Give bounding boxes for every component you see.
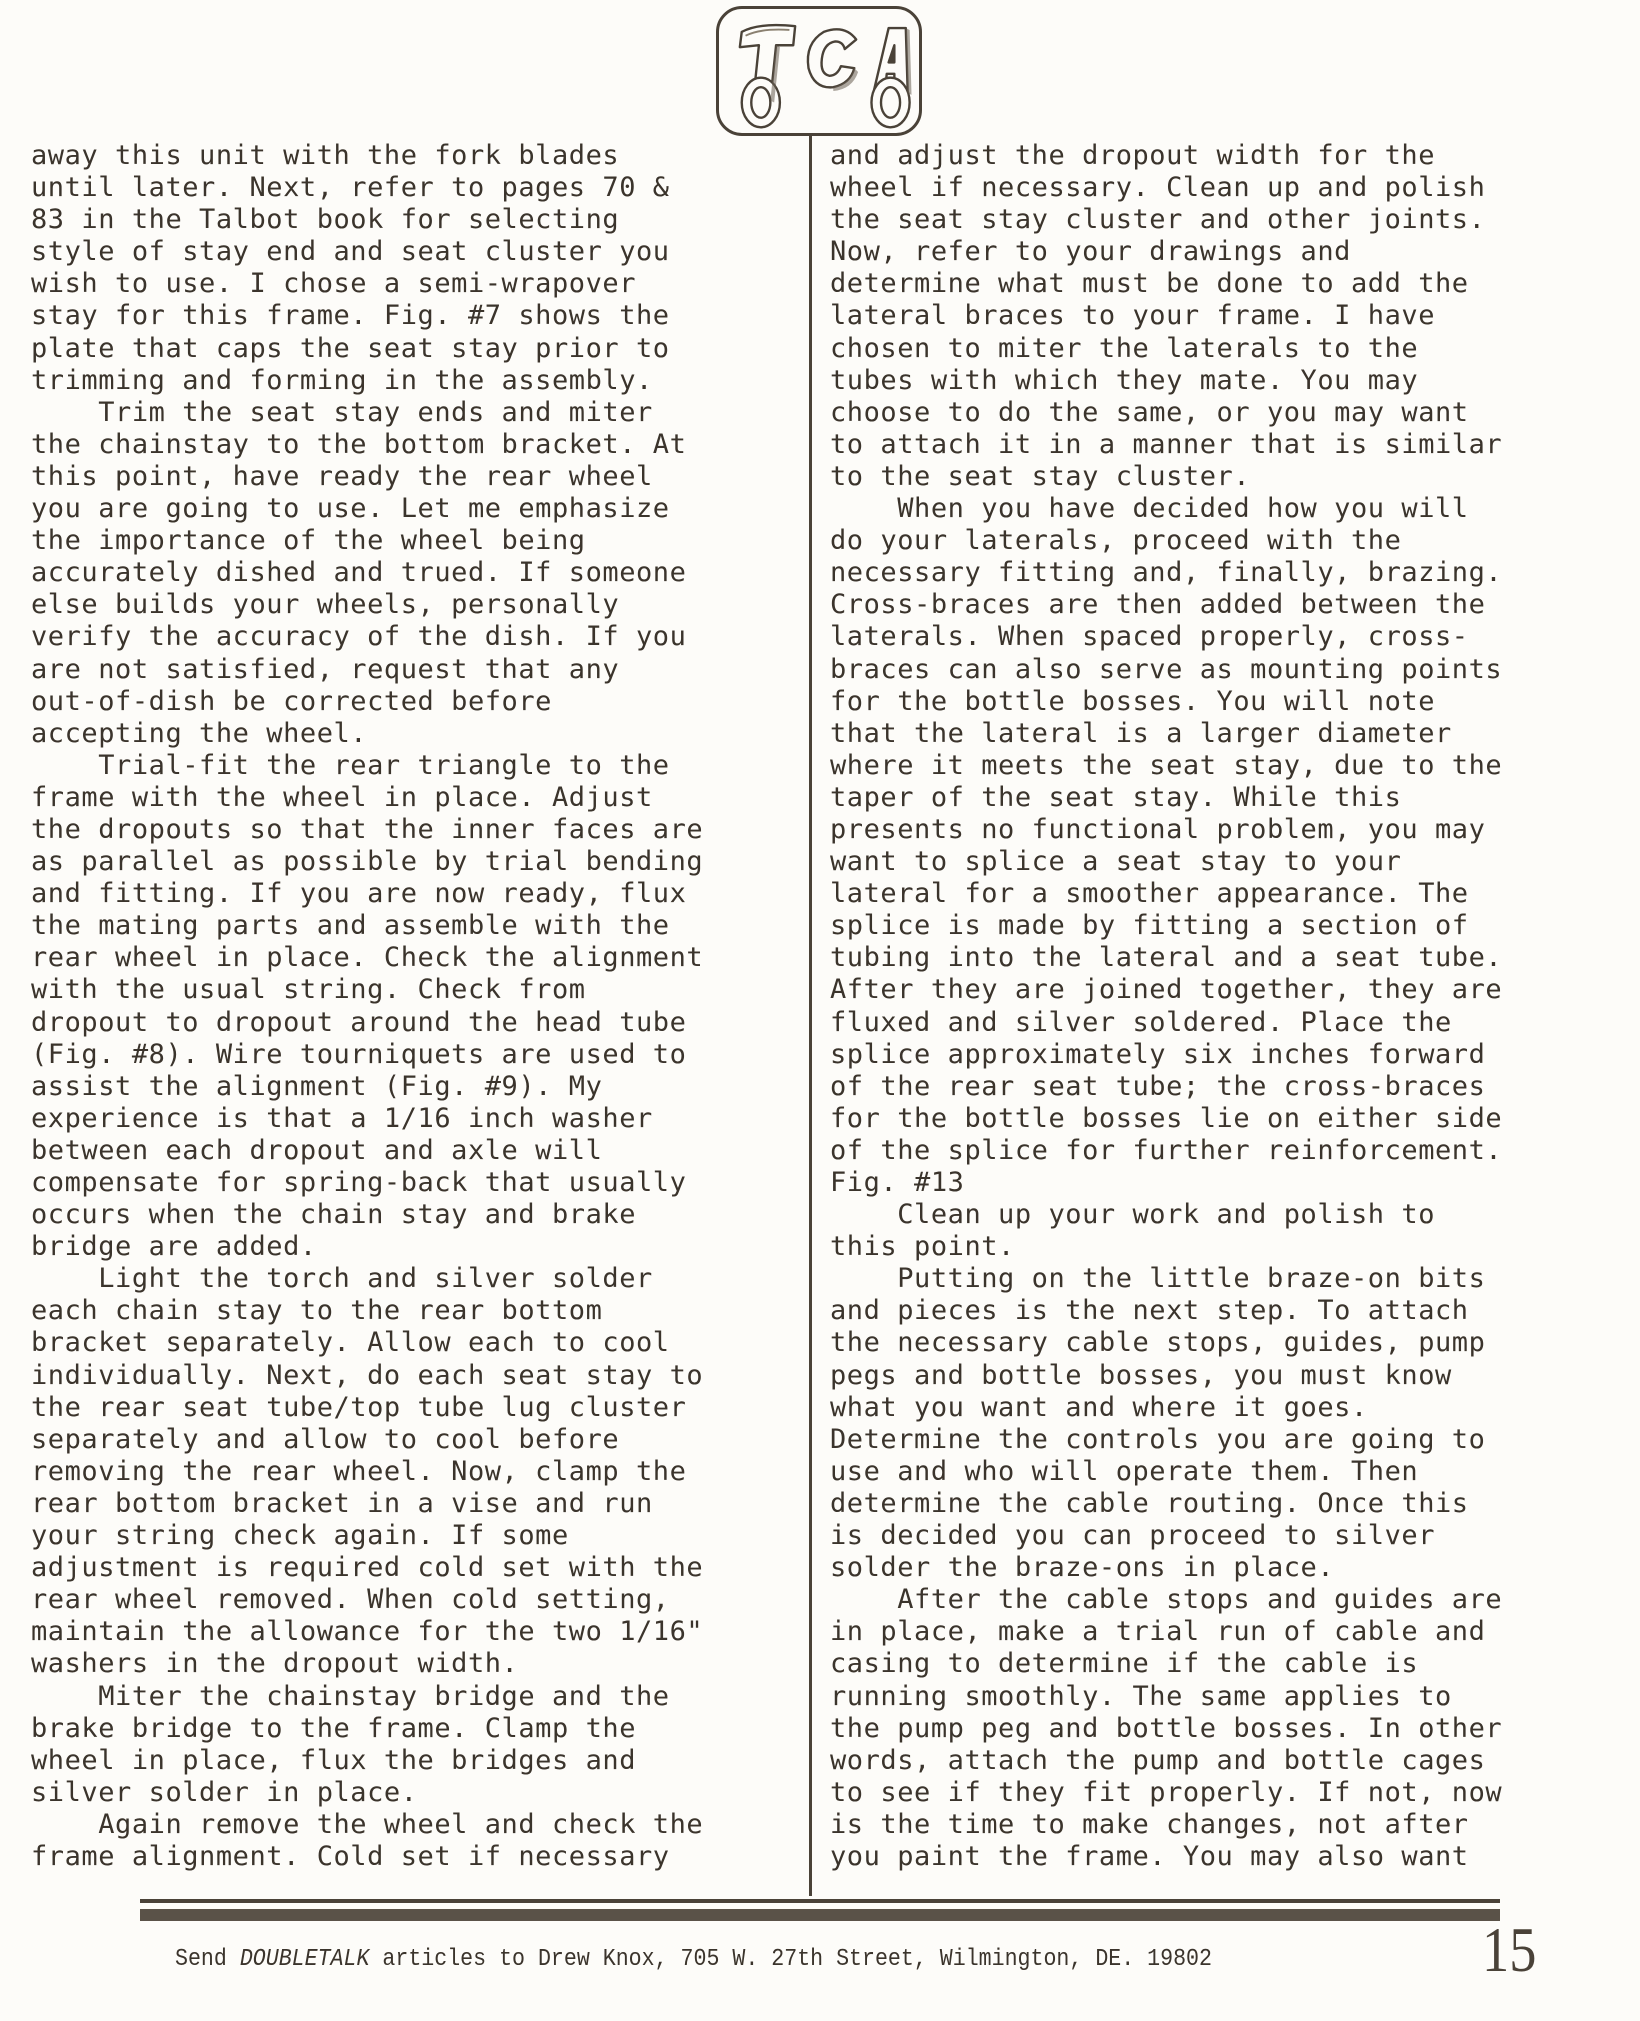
text-line: Trim the seat stay ends and miter [31,397,703,429]
text-line: Clean up your work and polish to [830,1199,1502,1231]
text-line: of the rear seat tube; the cross-braces [830,1071,1502,1103]
text-line: silver solder in place. [31,1777,703,1809]
text-line: away this unit with the fork blades [31,140,703,172]
text-line: After the cable stops and guides are [830,1584,1502,1616]
text-line: is decided you can proceed to silver [830,1520,1502,1552]
column-divider [809,136,812,1896]
text-line: are not satisfied, request that any [31,654,703,686]
text-line: determine what must be done to add the [830,268,1502,300]
text-line: for the bottle bosses. You will note [830,686,1502,718]
text-line: the pump peg and bottle bosses. In other [830,1713,1502,1745]
text-line: the mating parts and assemble with the [31,910,703,942]
text-line: you paint the frame. You may also want [830,1841,1502,1873]
text-line: Trial-fit the rear triangle to the [31,750,703,782]
text-line: casing to determine if the cable is [830,1648,1502,1680]
footer-prefix: Send [175,1946,240,1973]
text-line: rear wheel in place. Check the alignment [31,942,703,974]
text-line: to the seat stay cluster. [830,461,1502,493]
submission-footer: Send DOUBLETALK articles to Drew Knox, 7… [175,1946,1212,1973]
text-line: Putting on the little braze-on bits [830,1263,1502,1295]
text-line: and fitting. If you are now ready, flux [31,878,703,910]
text-line: stay for this frame. Fig. #7 shows the [31,300,703,332]
text-line: adjustment is required cold set with the [31,1552,703,1584]
text-line: laterals. When spaced properly, cross- [830,621,1502,653]
article-column-right: and adjust the dropout width for thewhee… [830,140,1502,1873]
text-line: to attach it in a manner that is similar [830,429,1502,461]
text-line: choose to do the same, or you may want [830,397,1502,429]
text-line: individually. Next, do each seat stay to [31,1360,703,1392]
text-line: wheel in place, flux the bridges and [31,1745,703,1777]
text-line: use and who will operate them. Then [830,1456,1502,1488]
text-line: want to splice a seat stay to your [830,846,1502,878]
text-line: separately and allow to cool before [31,1424,703,1456]
text-line: solder the braze-ons in place. [830,1552,1502,1584]
text-line: words, attach the pump and bottle cages [830,1745,1502,1777]
text-line: rear bottom bracket in a vise and run [31,1488,703,1520]
text-line: accepting the wheel. [31,718,703,750]
text-line: compensate for spring-back that usually [31,1167,703,1199]
text-line: After they are joined together, they are [830,974,1502,1006]
text-line: style of stay end and seat cluster you [31,236,703,268]
text-line: tubing into the lateral and a seat tube. [830,942,1502,974]
text-line: Now, refer to your drawings and [830,236,1502,268]
text-line: to see if they fit properly. If not, now [830,1777,1502,1809]
text-line: experience is that a 1/16 inch washer [31,1103,703,1135]
text-line: occurs when the chain stay and brake [31,1199,703,1231]
text-line: presents no functional problem, you may [830,814,1502,846]
text-line: you are going to use. Let me emphasize [31,493,703,525]
text-line: Again remove the wheel and check the [31,1809,703,1841]
text-line: verify the accuracy of the dish. If you [31,621,703,653]
text-line: is the time to make changes, not after [830,1809,1502,1841]
text-line: tubes with which they mate. You may [830,365,1502,397]
text-line: bridge are added. [31,1231,703,1263]
text-line: out-of-dish be corrected before [31,686,703,718]
text-line: the importance of the wheel being [31,525,703,557]
text-line: maintain the allowance for the two 1/16" [31,1616,703,1648]
text-line: splice approximately six inches forward [830,1039,1502,1071]
text-line: washers in the dropout width. [31,1648,703,1680]
text-line: this point, have ready the rear wheel [31,461,703,493]
text-line: assist the alignment (Fig. #9). My [31,1071,703,1103]
text-line: what you want and where it goes. [830,1392,1502,1424]
text-line: as parallel as possible by trial bending [31,846,703,878]
text-line: pegs and bottle bosses, you must know [830,1360,1502,1392]
text-line: the necessary cable stops, guides, pump [830,1327,1502,1359]
text-line: necessary fitting and, finally, brazing. [830,557,1502,589]
footer-rule-thick [140,1909,1500,1921]
text-line: lateral for a smoother appearance. The [830,878,1502,910]
text-line: accurately dished and trued. If someone [31,557,703,589]
text-line: splice is made by fitting a section of [830,910,1502,942]
text-line: each chain stay to the rear bottom [31,1295,703,1327]
text-line: braces can also serve as mounting points [830,654,1502,686]
text-line: do your laterals, proceed with the [830,525,1502,557]
text-line: determine the cable routing. Once this [830,1488,1502,1520]
text-line: the rear seat tube/top tube lug cluster [31,1392,703,1424]
text-line: wheel if necessary. Clean up and polish [830,172,1502,204]
text-line: fluxed and silver soldered. Place the [830,1007,1502,1039]
text-line: of the splice for further reinforcement. [830,1135,1502,1167]
tca-club-logo-icon [719,9,919,133]
text-line: rear wheel removed. When cold setting, [31,1584,703,1616]
page-number: 15 [1482,1918,1536,1982]
text-line: Light the torch and silver solder [31,1263,703,1295]
text-line: chosen to miter the laterals to the [830,333,1502,365]
text-line: Determine the controls you are going to [830,1424,1502,1456]
text-line: until later. Next, refer to pages 70 & [31,172,703,204]
text-line: removing the rear wheel. Now, clamp the [31,1456,703,1488]
text-line: between each dropout and axle will [31,1135,703,1167]
text-line: your string check again. If some [31,1520,703,1552]
text-line: for the bottle bosses lie on either side [830,1103,1502,1135]
text-line: the chainstay to the bottom bracket. At [31,429,703,461]
text-line: and pieces is the next step. To attach [830,1295,1502,1327]
article-column-left: away this unit with the fork bladesuntil… [31,140,703,1873]
tca-logo [716,6,922,136]
text-line: Miter the chainstay bridge and the [31,1681,703,1713]
text-line: in place, make a trial run of cable and [830,1616,1502,1648]
text-line: where it meets the seat stay, due to the [830,750,1502,782]
text-line: Fig. #13 [830,1167,1502,1199]
text-line: the seat stay cluster and other joints. [830,204,1502,236]
text-line: taper of the seat stay. While this [830,782,1502,814]
text-line: this point. [830,1231,1502,1263]
text-line: brake bridge to the frame. Clamp the [31,1713,703,1745]
text-line: and adjust the dropout width for the [830,140,1502,172]
text-line: 83 in the Talbot book for selecting [31,204,703,236]
text-line: plate that caps the seat stay prior to [31,333,703,365]
text-line: lateral braces to your frame. I have [830,300,1502,332]
text-line: with the usual string. Check from [31,974,703,1006]
footer-address: articles to Drew Knox, 705 W. 27th Stree… [369,1946,1212,1973]
text-line: wish to use. I chose a semi-wrapover [31,268,703,300]
text-line: bracket separately. Allow each to cool [31,1327,703,1359]
text-line: frame alignment. Cold set if necessary [31,1841,703,1873]
text-line: that the lateral is a larger diameter [830,718,1502,750]
text-line: (Fig. #8). Wire tourniquets are used to [31,1039,703,1071]
publication-name: DOUBLETALK [240,1946,370,1973]
footer-rule-thin [140,1899,1500,1903]
text-line: the dropouts so that the inner faces are [31,814,703,846]
text-line: running smoothly. The same applies to [830,1681,1502,1713]
text-line: When you have decided how you will [830,493,1502,525]
text-line: else builds your wheels, personally [31,589,703,621]
text-line: trimming and forming in the assembly. [31,365,703,397]
text-line: frame with the wheel in place. Adjust [31,782,703,814]
text-line: dropout to dropout around the head tube [31,1007,703,1039]
text-line: Cross-braces are then added between the [830,589,1502,621]
